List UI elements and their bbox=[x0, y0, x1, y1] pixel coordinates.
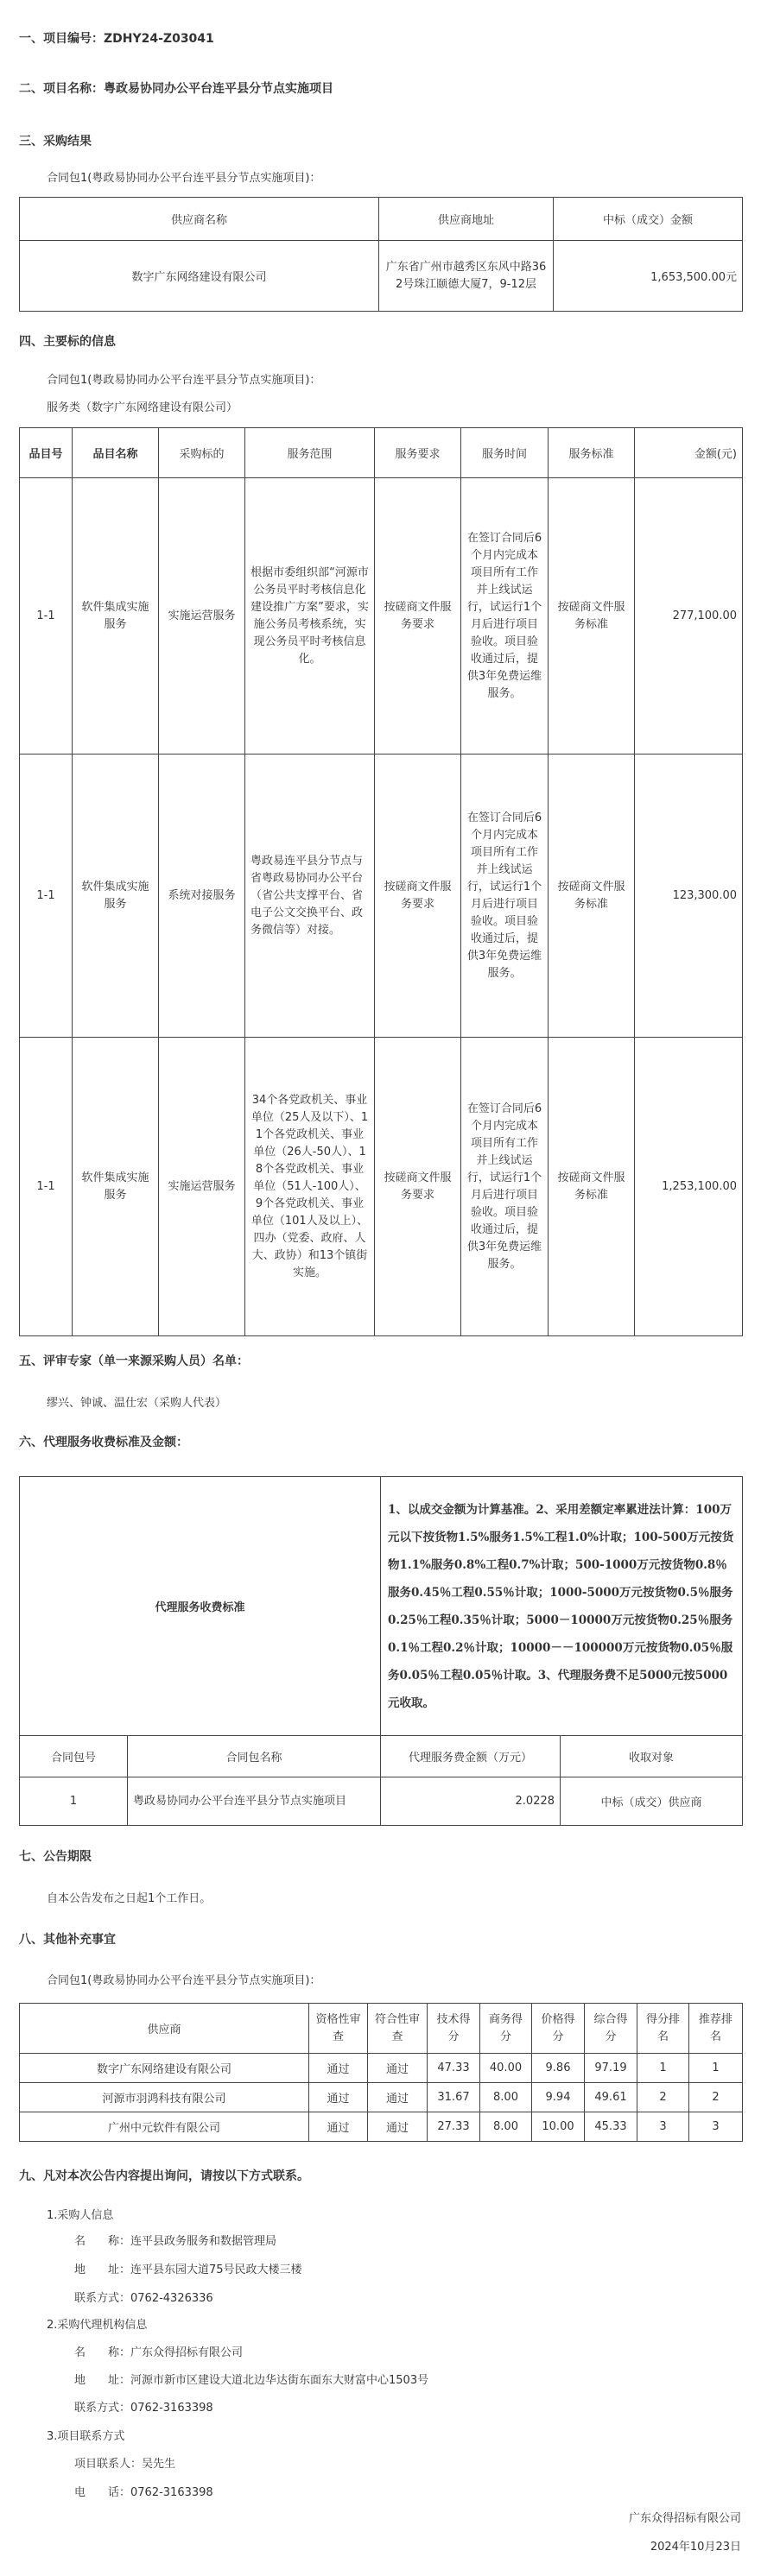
header-standard: 服务标准 bbox=[549, 428, 635, 478]
header-biz-score: 商务得分 bbox=[480, 2004, 532, 2054]
eval-conformity: 通过 bbox=[368, 2083, 428, 2112]
category-label: 服务类（数字广东网络建设有限公司） bbox=[47, 398, 238, 414]
header-price-score: 价格得分 bbox=[532, 2004, 585, 2054]
eval-recommend-rank: 2 bbox=[689, 2083, 743, 2112]
purchaser-contact-line: 联系方式：0762-4326336 bbox=[74, 2289, 213, 2305]
item-scope: 根据市委组织部“河源市公务员平时考核信息化建设推广方案”要求，实施公务员考核系统… bbox=[245, 478, 375, 754]
agency-name-line: 名 称：广东众得招标有限公司 bbox=[74, 2343, 243, 2359]
eval-tech: 47.33 bbox=[428, 2054, 480, 2083]
header-payer: 收取对象 bbox=[561, 1736, 743, 1777]
header-tech-score: 技术得分 bbox=[428, 2004, 480, 2054]
header-amount: 金额(元) bbox=[635, 428, 743, 478]
item-target: 实施运营服务 bbox=[159, 478, 245, 754]
item-standard: 按磋商文件服务标准 bbox=[549, 478, 635, 754]
fee-standard-label: 代理服务收费标准 bbox=[20, 1477, 381, 1736]
project-person-line: 项目联系人：吴先生 bbox=[74, 2454, 175, 2471]
header-fee-amount: 代理服务费金额（万元） bbox=[381, 1736, 561, 1777]
eval-supplier: 河源市羽鸿科技有限公司 bbox=[20, 2083, 309, 2112]
table-row: 数字广东网络建设有限公司 广东省广州市越秀区东风中路362号珠江颐德大厦7，9-… bbox=[20, 241, 743, 312]
project-person: 吴先生 bbox=[142, 2458, 175, 2471]
item-no: 1-1 bbox=[20, 478, 73, 754]
project-name-value: 粤政易协同办公平台连平县分节点实施项目 bbox=[104, 82, 333, 96]
eval-recommend-rank: 3 bbox=[689, 2112, 743, 2142]
eval-recommend-rank: 1 bbox=[689, 2054, 743, 2083]
package-label: 合同包1(粤政易协同办公平台连平县分节点实施项目)： bbox=[47, 168, 320, 185]
item-time: 在签订合同后6个月内完成本项目所有工作并上线试运行，试运行1个月后进行项目验收。… bbox=[461, 1038, 549, 1336]
item-scope: 粤政易连平县分节点与省粤政易协同办公平台（省公共支撑平台、省电子公文交换平台、政… bbox=[245, 754, 375, 1038]
item-no: 1-1 bbox=[20, 1038, 73, 1336]
header-bid-amount: 中标（成交）金额 bbox=[554, 198, 743, 241]
purchaser-address: 连平县东园大道75号民政大楼三楼 bbox=[130, 2263, 302, 2276]
project-phone: 0762-3163398 bbox=[130, 2486, 213, 2499]
agency-address: 河源市新市区建设大道北边华达街东面东大财富中心1503号 bbox=[130, 2374, 428, 2387]
item-standard: 按磋商文件服务标准 bbox=[549, 1038, 635, 1336]
package-label: 合同包1(粤政易协同办公平台连平县分节点实施项目)： bbox=[47, 370, 320, 387]
evaluation-table: 供应商 资格性审查 符合性审查 技术得分 商务得分 价格得分 综合得分 得分排名… bbox=[19, 2003, 743, 2142]
section-procurement-result-title: 三、采购结果 bbox=[19, 132, 92, 149]
item-amount: 277,100.00 bbox=[635, 478, 743, 754]
agency-address-label: 地 址： bbox=[74, 2374, 130, 2387]
header-target: 采购标的 bbox=[159, 428, 245, 478]
purchaser-contact: 0762-4326336 bbox=[130, 2292, 213, 2305]
agency-address-line: 地 址：河源市新市区建设大道北边华达街东面东大财富中心1503号 bbox=[74, 2371, 428, 2387]
item-requirement: 按磋商文件服务要求 bbox=[375, 478, 461, 754]
eval-score-rank: 1 bbox=[637, 2054, 689, 2083]
items-table: 品目号 品目名称 采购标的 服务范围 服务要求 服务时间 服务标准 金额(元) … bbox=[19, 427, 743, 1336]
project-number-value: ZDHY24-Z03041 bbox=[104, 32, 214, 46]
purchaser-name: 连平县政务服务和数据管理局 bbox=[130, 2235, 276, 2248]
eval-qualification: 通过 bbox=[309, 2112, 368, 2142]
item-amount: 1,253,100.00 bbox=[635, 1038, 743, 1336]
experts-names: 缪兴、钟诚、温仕宏（采购人代表） bbox=[47, 1393, 226, 1410]
item-scope: 34个各党政机关、事业单位（25人及以下）、11个各党政机关、事业单位（26人-… bbox=[245, 1038, 375, 1336]
eval-score-rank: 3 bbox=[637, 2112, 689, 2142]
project-number-label: 一、项目编号： bbox=[19, 32, 104, 46]
item-name: 软件集成实施服务 bbox=[73, 478, 159, 754]
header-item-name: 品目名称 bbox=[73, 428, 159, 478]
table-row: 1 粤政易协同办公平台连平县分节点实施项目 2.0228 中标（成交）供应商 bbox=[20, 1777, 743, 1826]
section-contact-title: 九、凡对本次公告内容提出询问，请按以下方式联系。 bbox=[19, 2167, 309, 2184]
item-requirement: 按磋商文件服务要求 bbox=[375, 1038, 461, 1336]
item-target: 实施运营服务 bbox=[159, 1038, 245, 1336]
table-row: 河源市羽鸿科技有限公司 通过 通过 31.67 8.00 9.94 49.61 … bbox=[20, 2083, 743, 2112]
table-row: 数字广东网络建设有限公司 通过 通过 47.33 40.00 9.86 97.1… bbox=[20, 2054, 743, 2083]
item-amount: 123,300.00 bbox=[635, 754, 743, 1038]
fee-amount: 2.0228 bbox=[381, 1777, 561, 1826]
evaluation-table-header: 供应商 资格性审查 符合性审查 技术得分 商务得分 价格得分 综合得分 得分排名… bbox=[20, 2004, 743, 2054]
eval-qualification: 通过 bbox=[309, 2083, 368, 2112]
agency-name: 广东众得招标有限公司 bbox=[130, 2346, 243, 2359]
project-phone-label: 电 话： bbox=[74, 2486, 130, 2499]
item-time: 在签订合同后6个月内完成本项目所有工作并上线试运行，试运行1个月后进行项目验收。… bbox=[461, 478, 549, 754]
item-name: 软件集成实施服务 bbox=[73, 754, 159, 1038]
item-time: 在签订合同后6个月内完成本项目所有工作并上线试运行，试运行1个月后进行项目验收。… bbox=[461, 754, 549, 1038]
notice-period-text: 自本公告发布之日起1个工作日。 bbox=[47, 1889, 211, 1905]
eval-conformity: 通过 bbox=[368, 2112, 428, 2142]
purchaser-name-line: 名 称：连平县政务服务和数据管理局 bbox=[74, 2232, 276, 2248]
header-package-name: 合同包名称 bbox=[128, 1736, 381, 1777]
item-name: 软件集成实施服务 bbox=[73, 1038, 159, 1336]
table-row: 1-1 软件集成实施服务 系统对接服务 粤政易连平县分节点与省粤政易协同办公平台… bbox=[20, 754, 743, 1038]
project-name-label: 二、项目名称： bbox=[19, 82, 104, 96]
eval-price: 9.86 bbox=[532, 2054, 585, 2083]
section-other-matters-title: 八、其他补充事宜 bbox=[19, 1930, 116, 1948]
eval-total: 97.19 bbox=[585, 2054, 637, 2083]
header-scope: 服务范围 bbox=[245, 428, 375, 478]
agency-contact-label: 联系方式： bbox=[74, 2402, 130, 2415]
purchaser-heading: 1.采购人信息 bbox=[47, 2206, 113, 2222]
header-conformity: 符合性审查 bbox=[368, 2004, 428, 2054]
agency-name-label: 名 称： bbox=[74, 2346, 130, 2359]
item-standard: 按磋商文件服务标准 bbox=[549, 754, 635, 1038]
eval-biz: 8.00 bbox=[480, 2112, 532, 2142]
eval-score-rank: 2 bbox=[637, 2083, 689, 2112]
purchaser-contact-label: 联系方式： bbox=[74, 2292, 130, 2305]
project-person-label: 项目联系人： bbox=[74, 2458, 142, 2471]
header-supplier-name: 供应商名称 bbox=[20, 198, 379, 241]
package-no: 1 bbox=[20, 1777, 128, 1826]
items-table-header: 品目号 品目名称 采购标的 服务范围 服务要求 服务时间 服务标准 金额(元) bbox=[20, 428, 743, 478]
purchaser-address-line: 地 址：连平县东园大道75号民政大楼三楼 bbox=[74, 2260, 302, 2276]
header-qualification: 资格性审查 bbox=[309, 2004, 368, 2054]
result-table-header: 供应商名称 供应商地址 中标（成交）金额 bbox=[20, 198, 743, 241]
header-supplier: 供应商 bbox=[20, 2004, 309, 2054]
supplier-name: 数字广东网络建设有限公司 bbox=[20, 241, 379, 312]
header-requirement: 服务要求 bbox=[375, 428, 461, 478]
agency-heading: 2.采购代理机构信息 bbox=[47, 2315, 147, 2332]
bid-amount: 1,653,500.00元 bbox=[554, 241, 743, 312]
purchaser-name-label: 名 称： bbox=[74, 2235, 130, 2248]
section-agency-fee-title: 六、代理服务收费标准及金额： bbox=[19, 1433, 188, 1450]
footer-company: 广东众得招标有限公司 bbox=[629, 2509, 741, 2525]
eval-price: 10.00 bbox=[532, 2112, 585, 2142]
eval-supplier: 数字广东网络建设有限公司 bbox=[20, 2054, 309, 2083]
header-recommend-rank: 推荐排名 bbox=[689, 2004, 743, 2054]
project-name-line: 二、项目名称：粤政易协同办公平台连平县分节点实施项目 bbox=[19, 79, 333, 97]
eval-price: 9.94 bbox=[532, 2083, 585, 2112]
eval-biz: 40.00 bbox=[480, 2054, 532, 2083]
eval-qualification: 通过 bbox=[309, 2054, 368, 2083]
eval-total: 49.61 bbox=[585, 2083, 637, 2112]
fee-table-header: 合同包号 合同包名称 代理服务费金额（万元） 收取对象 bbox=[20, 1736, 743, 1777]
eval-tech: 31.67 bbox=[428, 2083, 480, 2112]
project-number-line: 一、项目编号：ZDHY24-Z03041 bbox=[19, 29, 214, 47]
fee-payer: 中标（成交）供应商 bbox=[561, 1777, 743, 1826]
section-experts-title: 五、评审专家（单一来源采购人员）名单： bbox=[19, 1352, 249, 1369]
header-package-no: 合同包号 bbox=[20, 1736, 128, 1777]
eval-conformity: 通过 bbox=[368, 2054, 428, 2083]
result-table: 供应商名称 供应商地址 中标（成交）金额 数字广东网络建设有限公司 广东省广州市… bbox=[19, 197, 743, 312]
item-requirement: 按磋商文件服务要求 bbox=[375, 754, 461, 1038]
footer-date: 2024年10月23日 bbox=[650, 2537, 741, 2554]
table-row: 1-1 软件集成实施服务 实施运营服务 34个各党政机关、事业单位（25人及以下… bbox=[20, 1038, 743, 1336]
header-supplier-address: 供应商地址 bbox=[379, 198, 554, 241]
item-no: 1-1 bbox=[20, 754, 73, 1038]
fee-standard-text: 1、以成交金额为计算基准。2、采用差额定率累进法计算：100万元以下按货物1.5… bbox=[381, 1477, 743, 1736]
project-contact-heading: 3.项目联系方式 bbox=[47, 2427, 124, 2443]
section-main-items-title: 四、主要标的信息 bbox=[19, 332, 116, 350]
header-item-no: 品目号 bbox=[20, 428, 73, 478]
table-row: 1-1 软件集成实施服务 实施运营服务 根据市委组织部“河源市公务员平时考核信息… bbox=[20, 478, 743, 754]
package-label: 合同包1(粤政易协同办公平台连平县分节点实施项目)： bbox=[47, 1971, 320, 1987]
eval-supplier: 广州中元软件有限公司 bbox=[20, 2112, 309, 2142]
fee-standard-row: 代理服务收费标准 1、以成交金额为计算基准。2、采用差额定率累进法计算：100万… bbox=[20, 1477, 743, 1736]
eval-tech: 27.33 bbox=[428, 2112, 480, 2142]
agency-contact-line: 联系方式：0762-3163398 bbox=[74, 2398, 213, 2415]
eval-total: 45.33 bbox=[585, 2112, 637, 2142]
header-score-rank: 得分排名 bbox=[637, 2004, 689, 2054]
header-total-score: 综合得分 bbox=[585, 2004, 637, 2054]
eval-biz: 8.00 bbox=[480, 2083, 532, 2112]
header-time: 服务时间 bbox=[461, 428, 549, 478]
purchaser-address-label: 地 址： bbox=[74, 2263, 130, 2276]
agency-contact: 0762-3163398 bbox=[130, 2402, 213, 2415]
package-name: 粤政易协同办公平台连平县分节点实施项目 bbox=[128, 1777, 381, 1826]
table-row: 广州中元软件有限公司 通过 通过 27.33 8.00 10.00 45.33 … bbox=[20, 2112, 743, 2142]
item-target: 系统对接服务 bbox=[159, 754, 245, 1038]
agency-fee-table: 代理服务收费标准 1、以成交金额为计算基准。2、采用差额定率累进法计算：100万… bbox=[19, 1476, 743, 1826]
project-phone-line: 电 话：0762-3163398 bbox=[74, 2483, 213, 2499]
supplier-address: 广东省广州市越秀区东风中路362号珠江颐德大厦7，9-12层 bbox=[379, 241, 554, 312]
section-notice-period-title: 七、公告期限 bbox=[19, 1847, 92, 1865]
